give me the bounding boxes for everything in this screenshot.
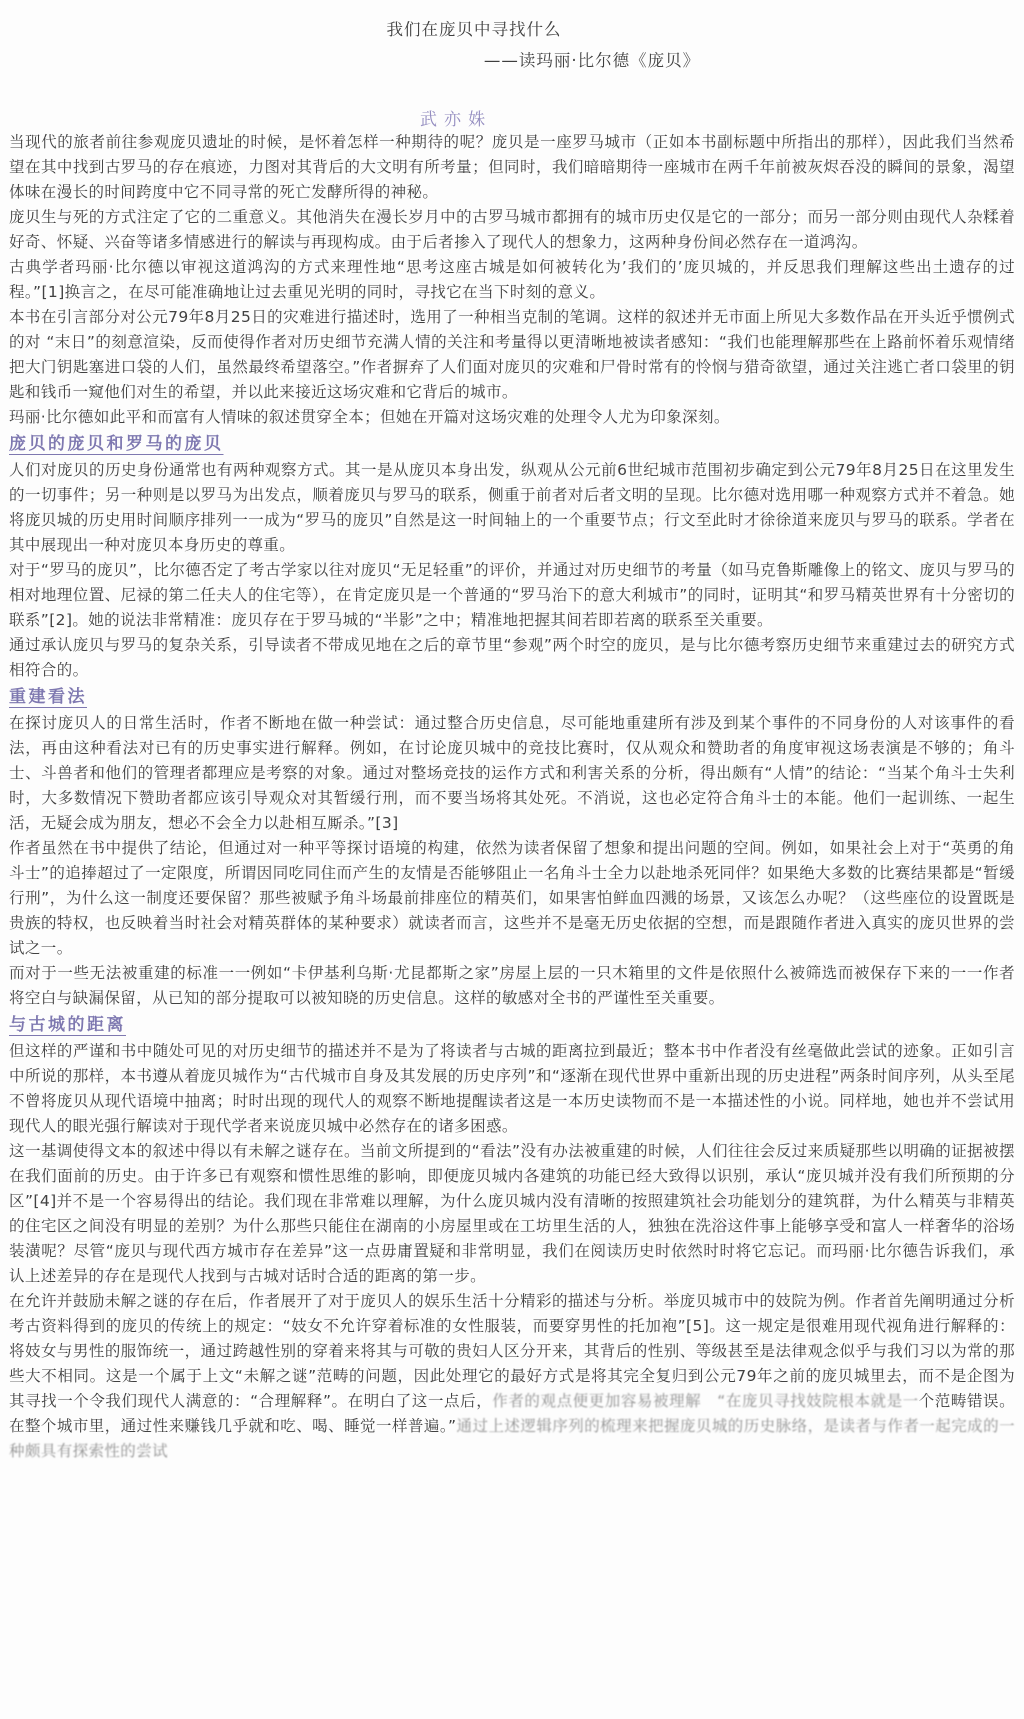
article-subtitle: ——读玛丽·比尔德《庞贝》 <box>89 47 1024 71</box>
paragraph: 通过承认庞贝与罗马的复杂关系，引导读者不带成见地在之后的章节里“参观”两个时空的… <box>9 633 1015 683</box>
section-heading-rebuild-views: 重建看法 <box>9 683 1015 711</box>
paragraph: 庞贝生与死的方式注定了它的二重意义。其他消失在漫长岁月中的古罗马城市都拥有的城市… <box>9 205 1015 255</box>
paragraph: 对于“罗马的庞贝”，比尔德否定了考古学家以往对庞贝“无足轻重”的评价，并通过对历… <box>9 558 1015 633</box>
section-heading-distance-to-city: 与古城的距离 <box>9 1011 1015 1039</box>
paragraph-final-clipped: 在允许并鼓励未解之谜的存在后，作者展开了对于庞贝人的娱乐生活十分精彩的描述与分析… <box>9 1289 1015 1464</box>
article-title: 我们在庞贝中寻找什么 <box>0 0 977 40</box>
final-paragraph-ghost-text: 作者的观点便更加容易被理解 “在庞贝寻找妓院根本就是一 <box>492 1392 918 1410</box>
section-heading-pompeii-and-rome: 庞贝的庞贝和罗马的庞贝 <box>9 430 1015 458</box>
author-name: 武亦姝 <box>0 105 959 130</box>
paragraph: 玛丽·比尔德如此平和而富有人情味的叙述贯穿全本；但她在开篇对这场灾难的处理令人尤… <box>9 405 1015 430</box>
paragraph: 古典学者玛丽·比尔德以审视这道鸿沟的方式来理性地“思考这座古城是如何被转化为’我… <box>9 255 1015 305</box>
paragraph: 在探讨庞贝人的日常生活时，作者不断地在做一种尝试：通过整合历史信息，尽可能地重建… <box>9 711 1015 836</box>
paragraph: 作者虽然在书中提供了结论，但通过对一种平等探讨语境的构建，依然为读者保留了想象和… <box>9 836 1015 961</box>
paragraph: 而对于一些无法被重建的标准一一例如“卡伊基利乌斯·尤昆都斯之家”房屋上层的一只木… <box>9 961 1015 1011</box>
document-page: 我们在庞贝中寻找什么 ——读玛丽·比尔德《庞贝》 武亦姝 当现代的旅者前往参观庞… <box>0 0 1024 1719</box>
paragraph: 本书在引言部分对公元79年8月25日的灾难进行描述时，选用了一种相当克制的笔调。… <box>9 305 1015 405</box>
paragraph: 人们对庞贝的历史身份通常也有两种观察方式。其一是从庞贝本身出发，纵观从公元前6世… <box>9 458 1015 558</box>
paragraph: 这一基调使得文本的叙述中得以有未解之谜存在。当前文所提到的“看法”没有办法被重建… <box>9 1139 1015 1289</box>
paragraph: 但这样的严谨和书中随处可见的对历史细节的描述并不是为了将读者与古城的距离拉到最近… <box>9 1039 1015 1139</box>
paragraph: 当现代的旅者前往参观庞贝遗址的时候，是怀着怎样一种期待的呢？庞贝是一座罗马城市（… <box>9 130 1015 205</box>
